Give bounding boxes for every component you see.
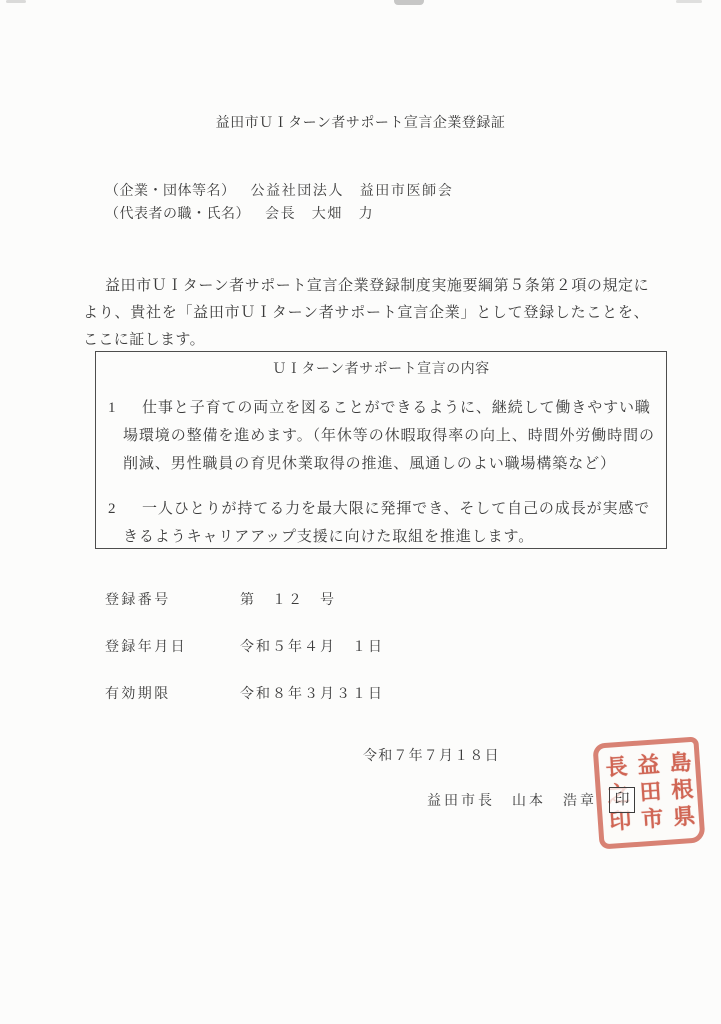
registration-fields: 登録番号第 １２ 号 登録年月日令和５年４月 １日 有効期限令和８年３月３１日	[105, 591, 384, 732]
rep-label: （代表者の職・氏名）	[105, 207, 250, 222]
field-row-registration-date: 登録年月日令和５年４月 １日	[105, 638, 384, 658]
item-number: 1	[108, 394, 116, 422]
field-value: 第 １２ 号	[240, 593, 336, 608]
field-label: 登録年月日	[105, 638, 240, 658]
declaration-box-title: ＵＩターン者サポート宣言の内容	[96, 358, 666, 378]
field-value: 令和５年４月 １日	[240, 640, 384, 655]
declaration-box: ＵＩターン者サポート宣言の内容 1仕事と子育ての両立を図ることができるように、継…	[95, 351, 667, 549]
inkan-placeholder-box: 印	[609, 787, 635, 813]
certificate-title: 益田市ＵＩターン者サポート宣言企業登録証	[0, 112, 721, 132]
field-row-registration-number: 登録番号第 １２ 号	[105, 591, 384, 611]
declaration-item-2: 2一人ひとりが持てる力を最大限に発揮でき、そして自己の成長が実感できるようキャリ…	[123, 495, 655, 551]
org-label: （企業・団体等名）	[105, 184, 236, 199]
field-row-expiry-date: 有効期限令和８年３月３１日	[105, 685, 384, 705]
rep-value: 会長 大畑 力	[265, 207, 374, 222]
mayor-signature: 益田市長 山本 浩章	[427, 790, 597, 810]
scan-artifact-top-center	[394, 0, 424, 5]
seal-column-right: 島根県	[667, 750, 695, 832]
declaration-item-1: 1仕事と子育ての両立を図ることができるように、継続して働きやすい職場環境の整備を…	[123, 394, 655, 478]
item-text: 一人ひとりが持てる力を最大限に発揮でき、そして自己の成長が実感できるようキャリア…	[123, 501, 650, 545]
certificate-body: 益田市ＵＩターン者サポート宣言企業登録制度実施要綱第５条第２項の規定により、貴社…	[83, 273, 649, 354]
item-text: 仕事と子育ての両立を図ることができるように、継続して働きやすい職場環境の整備を進…	[123, 400, 655, 472]
recipient-rep-row: （代表者の職・氏名）会長 大畑 力	[105, 203, 453, 226]
scan-artifact-top-left	[6, 0, 26, 3]
field-label: 登録番号	[105, 591, 240, 611]
issue-date: 令和７年７月１８日	[363, 745, 500, 765]
field-label: 有効期限	[105, 685, 240, 705]
org-value: 公益社団法人 益田市医師会	[251, 184, 454, 199]
scan-artifact-top-right	[676, 0, 702, 3]
recipient-org-row: （企業・団体等名）公益社団法人 益田市医師会	[105, 180, 453, 203]
certificate-page: 益田市ＵＩターン者サポート宣言企業登録証 （企業・団体等名）公益社団法人 益田市…	[0, 0, 721, 1024]
seal-column-middle: 益田市	[635, 752, 663, 834]
field-value: 令和８年３月３１日	[240, 687, 384, 702]
item-number: 2	[108, 495, 116, 523]
recipient-block: （企業・団体等名）公益社団法人 益田市医師会 （代表者の職・氏名）会長 大畑 力	[105, 180, 453, 226]
